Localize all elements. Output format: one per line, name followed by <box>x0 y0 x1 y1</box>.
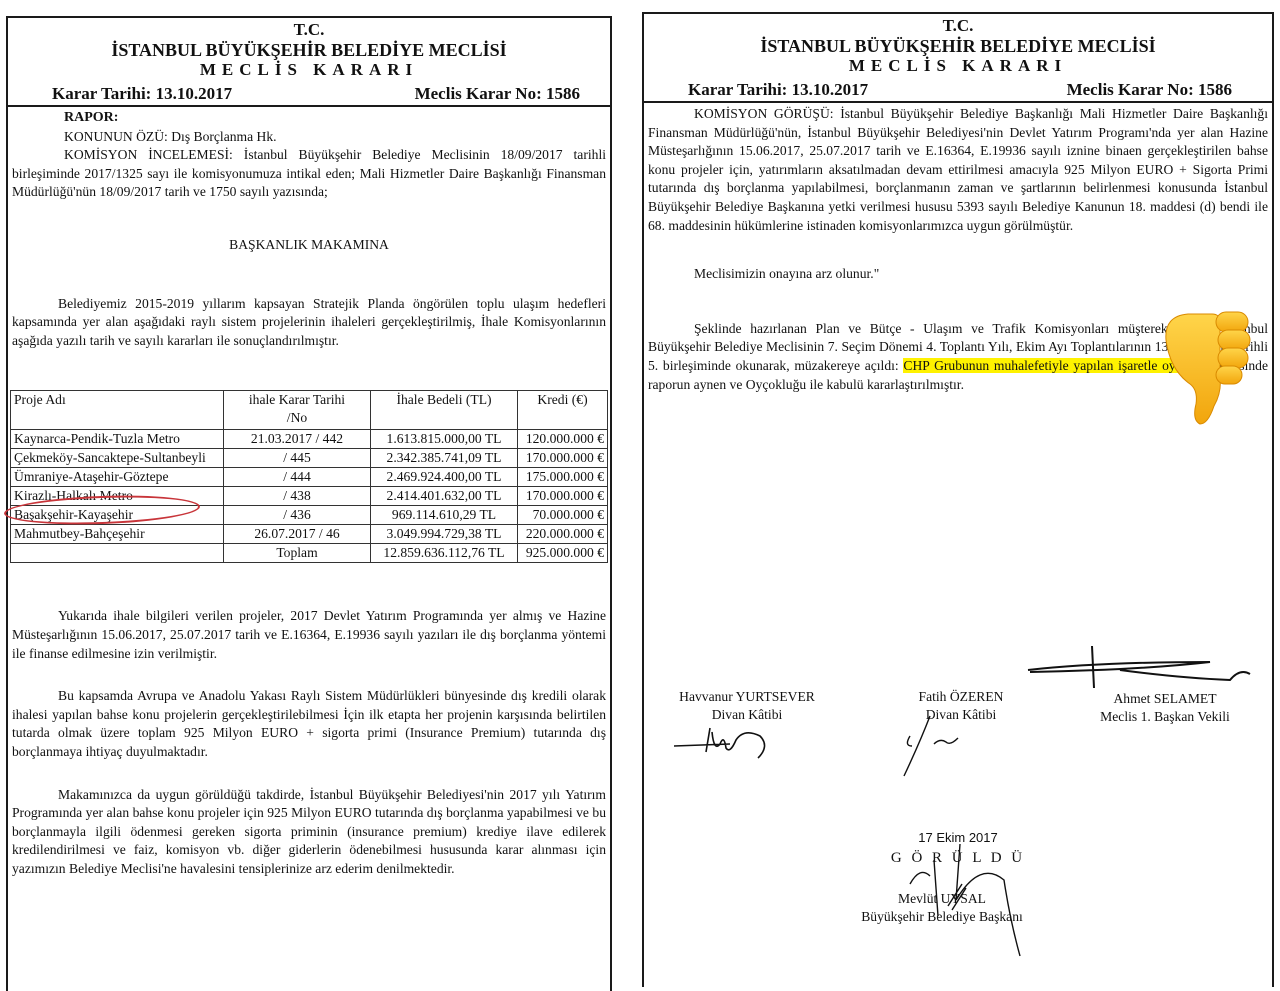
table-header-row: Proje Adı ihale Karar Tarihi/No İhale Be… <box>11 391 608 430</box>
signature-scrawl-2 <box>900 712 980 782</box>
cell-name: Çekmeköy-Sancaktepe-Sultanbeyli <box>11 449 224 468</box>
commission-review: KOMİSYON İNCELEMESİ: İstanbul Büyükşehir… <box>12 146 606 202</box>
cell-date-no: / 445 <box>224 449 371 468</box>
cell-kredi: 170.000.000 € <box>518 449 608 468</box>
cell-bedel: 969.114.610,29 TL <box>371 506 518 525</box>
header-decision-title: MECLİS KARARI <box>8 60 610 80</box>
cell-kredi: 170.000.000 € <box>518 487 608 506</box>
cell-kredi: 220.000.000 € <box>518 525 608 544</box>
header-tender-date: ihale Karar Tarihi/No <box>224 391 371 430</box>
cell-bedel: 2.342.385.741,09 TL <box>371 449 518 468</box>
paragraph-4: Makamınızca da uygun görüldüğü takdirde,… <box>12 786 606 879</box>
decision-date: Karar Tarihi: 13.10.2017 <box>688 78 868 101</box>
signatory-title: Divan Kâtibi <box>672 706 822 724</box>
cell-date-no: / 444 <box>224 468 371 487</box>
cell-kredi: 70.000.000 € <box>518 506 608 525</box>
document-header: T.C. İSTANBUL BÜYÜKŞEHİR BELEDİYE MECLİS… <box>644 16 1272 76</box>
projects-table: Proje Adı ihale Karar Tarihi/No İhale Be… <box>10 390 608 563</box>
table-row: Ümraniye-Ataşehir-Göztepe/ 4442.469.924.… <box>11 468 608 487</box>
document-header: T.C. İSTANBUL BÜYÜKŞEHİR BELEDİYE MECLİS… <box>8 20 610 80</box>
decision-meta-row: Karar Tarihi: 13.10.2017 Meclis Karar No… <box>644 76 1272 103</box>
decision-meta-row: Karar Tarihi: 13.10.2017 Meclis Karar No… <box>8 80 610 107</box>
cell-bedel: 1.613.815.000,00 TL <box>371 430 518 449</box>
table-row: Mahmutbey-Bahçeşehir26.07.2017 / 463.049… <box>11 525 608 544</box>
signatory-1: Havvanur YURTSEVER Divan Kâtibi <box>672 688 822 724</box>
header-institution: İSTANBUL BÜYÜKŞEHİR BELEDİYE MECLİSİ <box>8 40 610 60</box>
header-credit: Kredi (€) <box>518 391 608 430</box>
cell-bedel: 2.469.924.400,00 TL <box>371 468 518 487</box>
total-credit: 925.000.000 € <box>518 544 608 563</box>
decision-number: Meclis Karar No: 1586 <box>415 82 580 105</box>
decision-date: Karar Tarihi: 13.10.2017 <box>52 82 232 105</box>
paragraph-2: Yukarıda ihale bilgileri verilen projele… <box>12 607 606 663</box>
cell-kredi: 120.000.000 € <box>518 430 608 449</box>
header-decision-title: MECLİS KARARI <box>644 56 1272 76</box>
header-tc: T.C. <box>644 16 1272 36</box>
table-row: Kaynarca-Pendik-Tuzla Metro21.03.2017 / … <box>11 430 608 449</box>
paragraph-1: Belediyemiz 2015-2019 yıllarım kapsayan … <box>12 295 606 351</box>
cell-date-no: 21.03.2017 / 442 <box>224 430 371 449</box>
header-project-name: Proje Adı <box>11 391 224 430</box>
decision-number: Meclis Karar No: 1586 <box>1067 78 1232 101</box>
cell-name: Mahmutbey-Bahçeşehir <box>11 525 224 544</box>
table-row: Çekmeköy-Sancaktepe-Sultanbeyli/ 4452.34… <box>11 449 608 468</box>
cell-kredi: 175.000.000 € <box>518 468 608 487</box>
header-tc: T.C. <box>8 20 610 40</box>
subject-line: KONUNUN ÖZÜ: Dış Borçlanma Hk. <box>12 128 606 147</box>
signature-scrawl-1 <box>670 724 790 764</box>
cell-date-no: 26.07.2017 / 46 <box>224 525 371 544</box>
signature-scrawl-3 <box>1020 640 1260 710</box>
highlighted-vote-text: CHP Grubunun muhalefetiyle yapılan işare… <box>903 358 1202 373</box>
signatory-title: Meclis 1. Başkan Vekili <box>1080 708 1250 726</box>
table-total-row: Toplam 12.859.636.112,76 TL 925.000.000 … <box>11 544 608 563</box>
rapor-label: RAPOR: <box>12 109 606 128</box>
header-tender-price: İhale Bedeli (TL) <box>371 391 518 430</box>
signature-scrawl-mayor <box>900 830 1020 960</box>
header-institution: İSTANBUL BÜYÜKŞEHİR BELEDİYE MECLİSİ <box>644 36 1272 56</box>
cell-bedel: 2.414.401.632,00 TL <box>371 487 518 506</box>
cell-bedel: 3.049.994.729,38 TL <box>371 525 518 544</box>
commission-opinion: KOMİSYON GÖRÜŞÜ: İstanbul Büyükşehir Bel… <box>648 105 1268 235</box>
paragraph-3: Bu kapsamda Avrupa ve Anadolu Yakası Ray… <box>12 687 606 761</box>
signatory-name: Fatih ÖZEREN <box>896 688 1026 706</box>
signatory-name: Havvanur YURTSEVER <box>672 688 822 706</box>
addressee: BAŞKANLIK MAKAMINA <box>12 236 606 255</box>
total-label: Toplam <box>224 544 371 563</box>
cell-name: Kaynarca-Pendik-Tuzla Metro <box>11 430 224 449</box>
cell-name: Ümraniye-Ataşehir-Göztepe <box>11 468 224 487</box>
cell-date-no: / 438 <box>224 487 371 506</box>
approval-request: Meclisimizin onayına arz olunur." <box>648 265 1268 284</box>
total-price: 12.859.636.112,76 TL <box>371 544 518 563</box>
cell-date-no: / 436 <box>224 506 371 525</box>
thumbs-down-icon <box>1162 310 1252 428</box>
